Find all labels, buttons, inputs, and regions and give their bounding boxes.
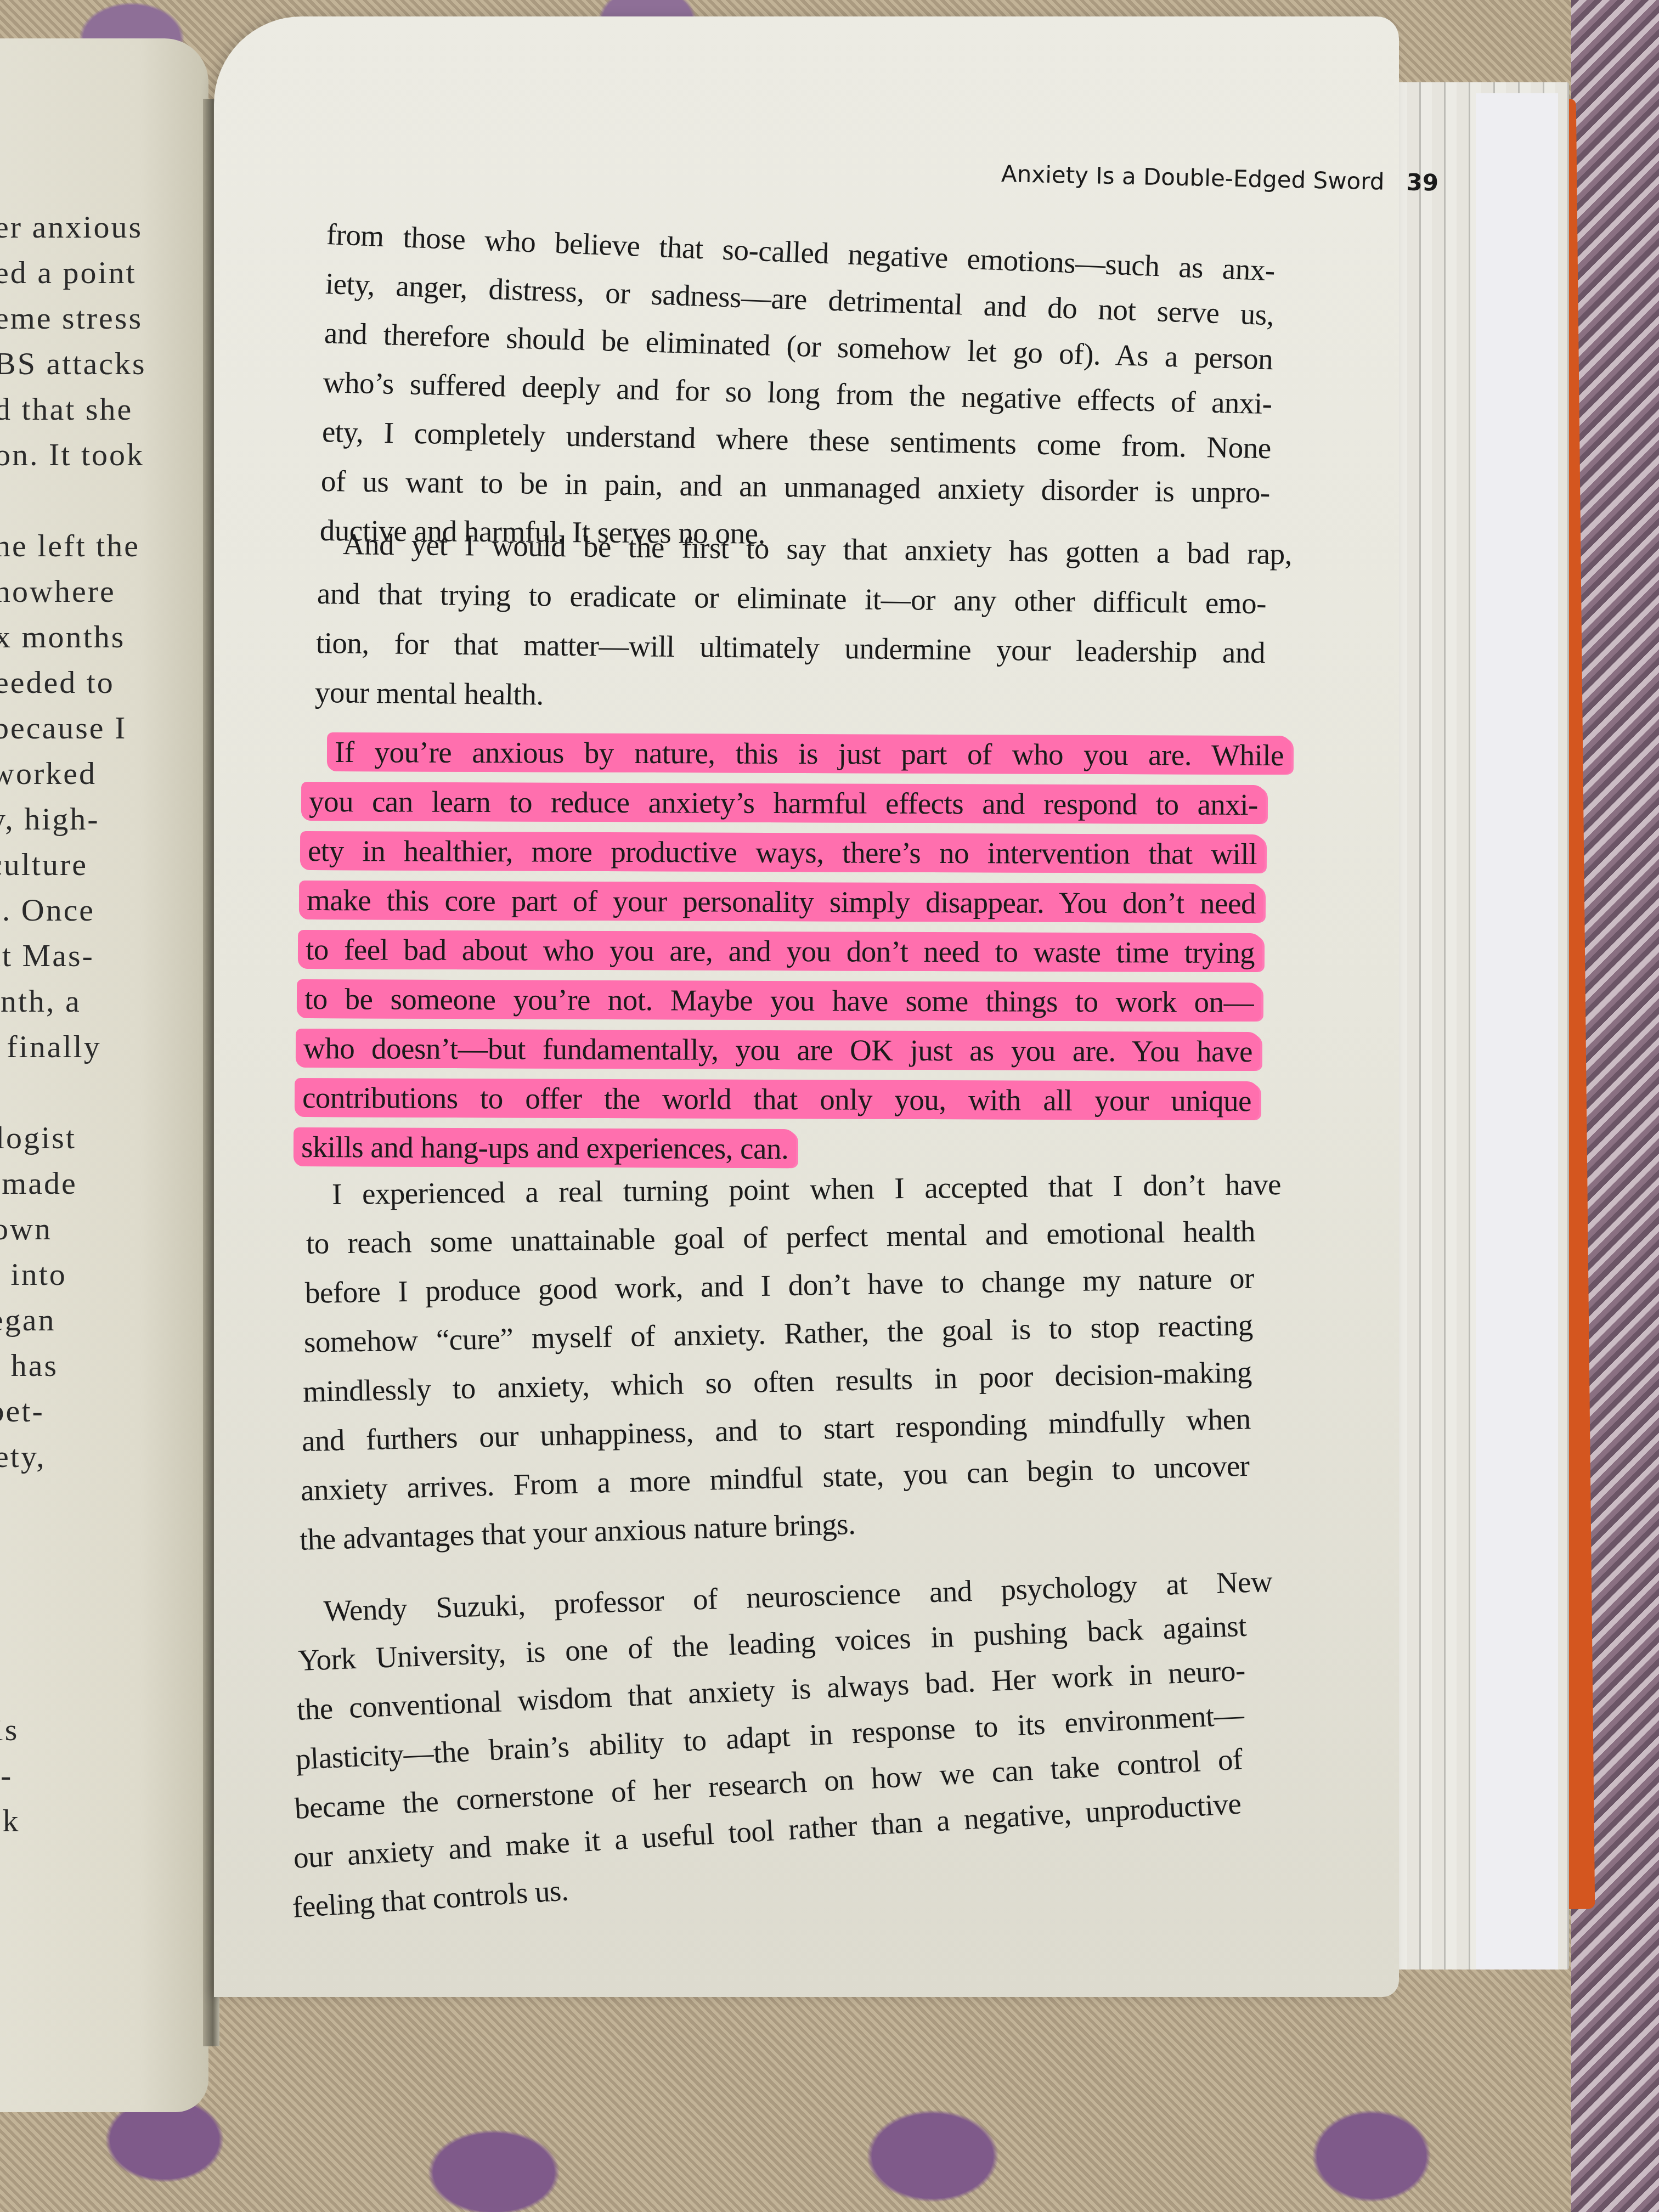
text-line: I experienced a real turning point when … [332,1167,1282,1211]
left-page-line: x months [0,618,125,655]
highlighted-line: you can learn to reduce anxiety’s harmfu… [301,782,1266,824]
page-stack-flyleaf [1476,93,1558,1970]
text-line: of us want to be in pain, and an unmanag… [321,464,1271,510]
left-page-line: ologist [0,1119,76,1156]
left-page-line: e. Once [0,891,95,928]
text-line: tion, for that matter—will ultimately un… [316,625,1266,670]
left-page-line: culture [0,846,88,883]
left-page-line: because I [0,709,127,746]
text-line: your mental health. [315,675,1265,719]
text-line: ety, I completely understand where these… [321,414,1271,465]
left-page-line: ty is [0,1711,19,1748]
highlighted-line: skills and hang-ups and experiences, can… [294,1127,796,1168]
left-page-line: nt Mas- [0,937,94,974]
left-page-line: onth, a [0,983,81,1019]
highlighted-line: who doesn’t—but fundamentally, you are O… [296,1029,1260,1071]
left-page-line: began [0,1301,56,1338]
text-line: and furthers our unhappiness, and to sta… [301,1401,1251,1458]
left-page-line: ot into [0,1256,67,1293]
highlighted-line: If you’re anxious by nature, this is jus… [327,732,1291,775]
left-page-line: BS attacks [0,345,146,382]
body-text: from those who believe that so-called ne… [214,16,1399,1997]
left-page-line: eeded to [0,664,115,701]
highlighted-line: make this core part of your personality … [299,881,1263,923]
left-page-line: xiety, [0,1438,46,1475]
text-line: and that trying to eradicate or eliminat… [317,576,1267,620]
left-page-line: on. It took [0,436,144,473]
text-line: who’s suffered deeply and for so long fr… [323,365,1272,421]
left-page-line: worked [0,755,97,792]
highlighted-line: to feel bad about who you are, and you d… [298,930,1262,972]
page-number: 39 [1406,168,1438,196]
left-page-line: rad- [0,1757,13,1793]
left-page-line: down [0,1210,52,1247]
left-page-line: e finally [0,1028,101,1065]
text-line: mindlessly to anxiety, which so often re… [302,1355,1252,1409]
left-page-line: y, high- [0,800,100,837]
highlighted-line: contributions to offer the world that on… [295,1078,1259,1120]
text-line: to reach some unattainable goal of perfe… [306,1214,1256,1261]
left-page: er anxioused a pointeme stressBS attacks… [0,38,208,2112]
right-page: Anxiety Is a Double-Edged Sword39 from t… [214,16,1399,1997]
left-page-line: eme stress [0,300,143,336]
highlighted-line: ety in healthier, more productive ways, … [300,831,1265,873]
left-page-line: back [0,1802,20,1839]
left-page-line: e made [0,1165,77,1201]
left-page-line: t bet- [0,1392,44,1429]
left-page-line: d that she [0,391,133,427]
left-page-line: he left the [0,527,140,564]
text-line: the advantages that your anxious nature … [299,1495,1249,1557]
left-page-line: nowhere [0,573,116,610]
highlighted-line: to be someone you’re not. Maybe you have… [297,979,1261,1022]
left-page-line: ed a point [0,254,137,291]
left-page-line: er anxious [0,208,143,245]
left-page-line: ill has [0,1347,58,1384]
text-line: somehow “cure” myself of anxiety. Rather… [303,1307,1253,1359]
text-line: before I produce good work, and I don’t … [305,1261,1255,1310]
